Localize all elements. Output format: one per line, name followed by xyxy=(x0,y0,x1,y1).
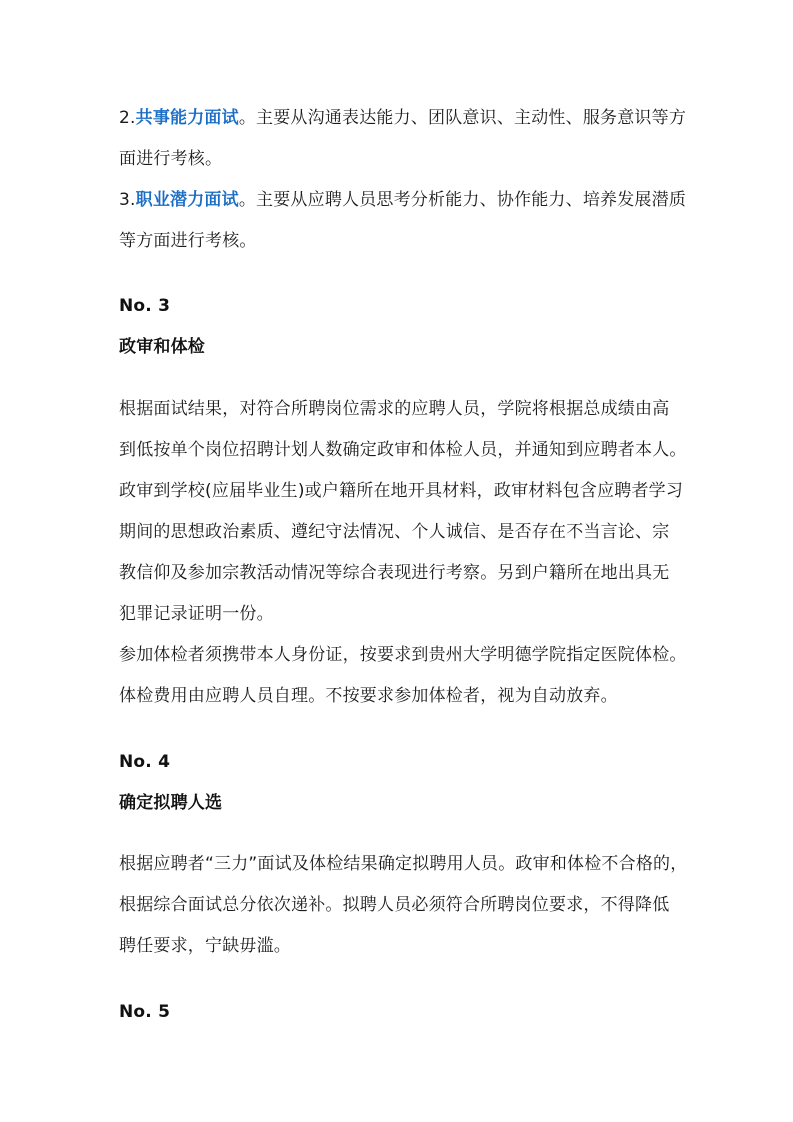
item-text: 。主要从应聘人员思考分析能力、协作能力、培养发展潜质 xyxy=(239,190,686,210)
paragraph-line: 根据应聘者“三力”面试及体检结果确定拟聘用人员。政审和体检不合格的， xyxy=(119,853,687,875)
interview-item-3-line-2: 等方面进行考核。 xyxy=(119,230,257,252)
item-number: 2. xyxy=(119,108,136,128)
paragraph-line: 教信仰及参加宗教活动情况等综合表现进行考察。另到户籍所在地出具无 xyxy=(119,562,669,584)
interview-item-2-line-1: 2.共事能力面试。主要从沟通表达能力、团队意识、主动性、服务意识等方 xyxy=(119,107,686,129)
paragraph-line: 根据面试结果，对符合所聘岗位需求的应聘人员，学院将根据总成绩由高 xyxy=(119,398,669,420)
interview-item-2-line-2: 面进行考核。 xyxy=(119,148,222,170)
paragraph-line: 期间的思想政治素质、遵纪守法情况、个人诚信、是否存在不当言论、宗 xyxy=(119,521,669,543)
paragraph-line: 聘任要求，宁缺毋滥。 xyxy=(119,935,291,957)
section-title: 政审和体检 xyxy=(119,336,205,358)
section-number: No. 5 xyxy=(119,1001,170,1023)
item-title-highlight: 共事能力面试 xyxy=(136,108,239,128)
section-number: No. 4 xyxy=(119,751,170,773)
paragraph-line: 参加体检者须携带本人身份证，按要求到贵州大学明德学院指定医院体检。 xyxy=(119,644,687,666)
paragraph-line: 体检费用由应聘人员自理。不按要求参加体检者，视为自动放弃。 xyxy=(119,685,618,707)
item-text: 。主要从沟通表达能力、团队意识、主动性、服务意识等方 xyxy=(239,108,686,128)
item-number: 3. xyxy=(119,190,136,210)
paragraph-line: 根据综合面试总分依次递补。拟聘人员必须符合所聘岗位要求，不得降低 xyxy=(119,894,669,916)
section-title: 确定拟聘人选 xyxy=(119,792,222,814)
paragraph-line: 政审到学校(应届毕业生)或户籍所在地开具材料，政审材料包含应聘者学习 xyxy=(119,480,683,502)
paragraph-line: 到低按单个岗位招聘计划人数确定政审和体检人员，并通知到应聘者本人。 xyxy=(119,439,687,461)
section-number: No. 3 xyxy=(119,295,170,317)
interview-item-3-line-1: 3.职业潜力面试。主要从应聘人员思考分析能力、协作能力、培养发展潜质 xyxy=(119,189,686,211)
item-title-highlight: 职业潜力面试 xyxy=(136,190,239,210)
paragraph-line: 犯罪记录证明一份。 xyxy=(119,603,274,625)
